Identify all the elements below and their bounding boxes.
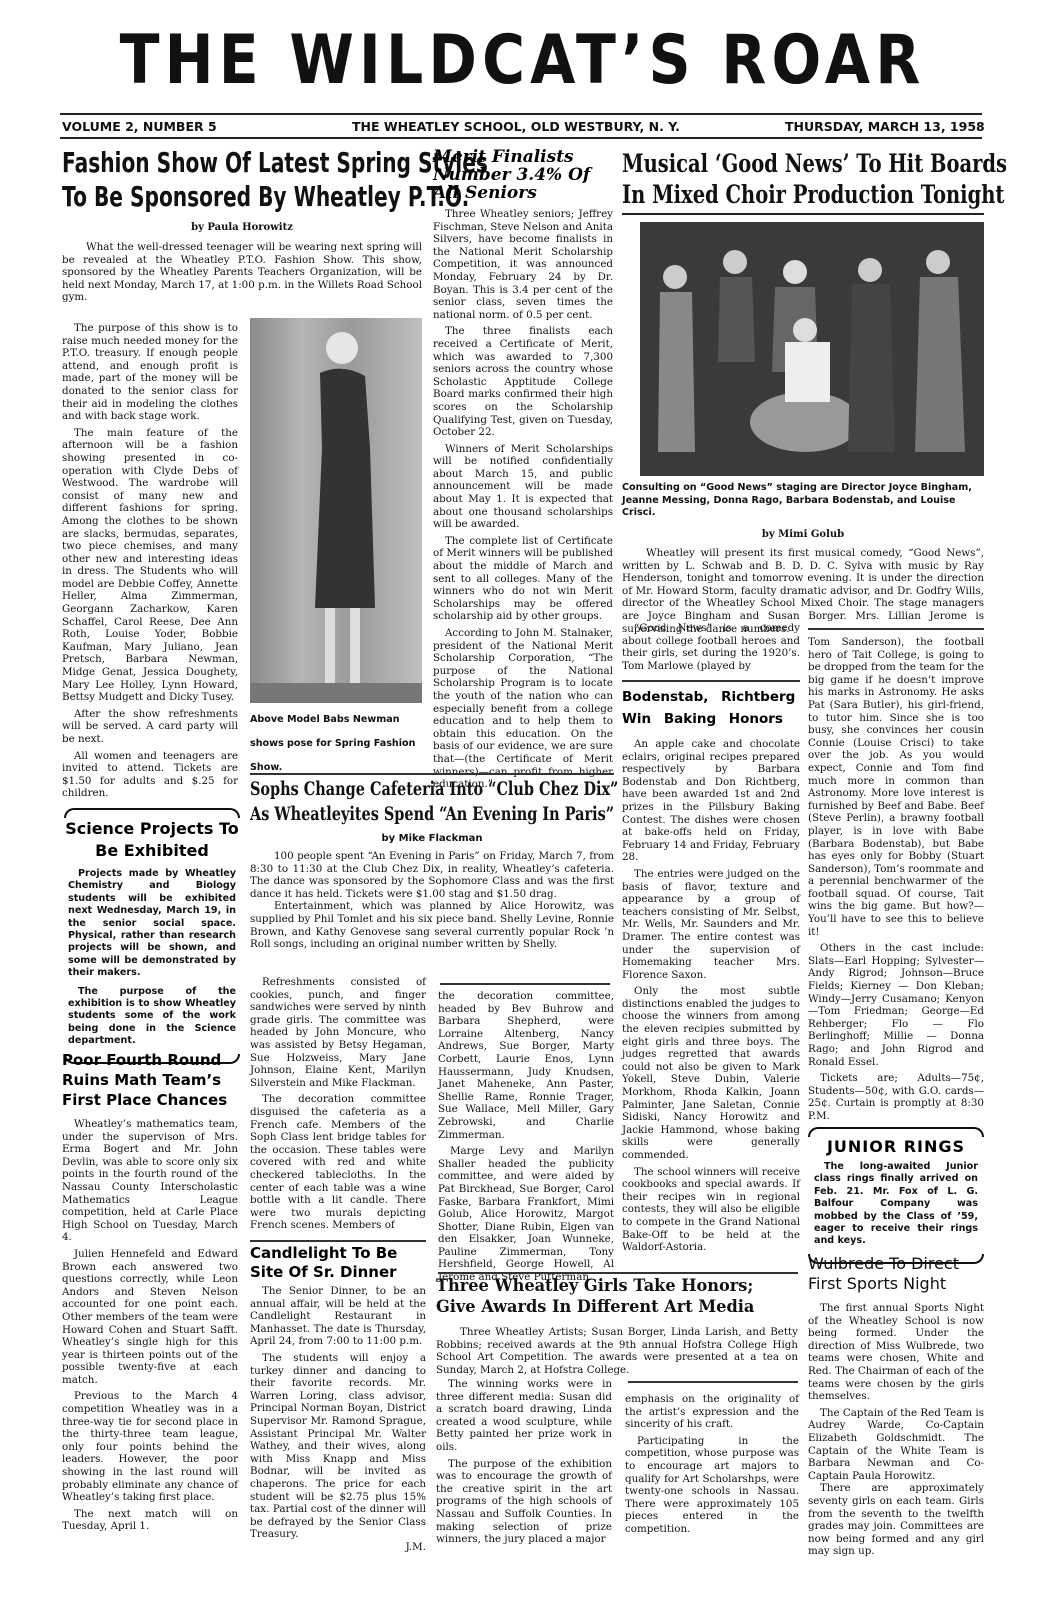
- musical-rule: [622, 213, 984, 215]
- candlelight-rule: [250, 1240, 426, 1242]
- sophs-column-rule: [440, 983, 610, 985]
- newspaper-title: THE WILDCAT’S ROAR: [73, 18, 972, 104]
- baking-paragraph: Only the most subtle distinctions enable…: [622, 985, 800, 1161]
- rings-headline: JUNIOR RINGS: [808, 1137, 984, 1157]
- fashion-lead: What the well-dressed teenager will be w…: [62, 241, 422, 304]
- musical-photo-caption: Consulting on “Good News” staging are Di…: [622, 482, 984, 520]
- science-headline: Science Projects To Be Exhibited: [64, 818, 240, 862]
- merit-paragraph: According to John M. Stalnaker, presiden…: [433, 627, 613, 791]
- art-paragraph: The purpose of the exhibition was to enc…: [436, 1458, 612, 1546]
- rings-box-top-border: [808, 1127, 984, 1137]
- sports-headline: Wulbrede To Direct First Sports Night: [808, 1254, 984, 1294]
- art-rule: [438, 1272, 798, 1274]
- merit-article: Merit Finalists Number 3.4% Of All Senio…: [433, 148, 613, 795]
- art-headline-line1: Three Wheatley Girls Take Honors;: [436, 1276, 780, 1297]
- model-silhouette-icon: [250, 318, 422, 703]
- sophs-rule: [250, 773, 614, 775]
- baking-headline-line1: Bodenstab, Richtberg: [622, 686, 800, 708]
- merit-paragraph: Three Wheatley seniors; Jeffrey Fischman…: [433, 208, 613, 321]
- math-headline: Poor Fourth Round Ruins Math Team’s Firs…: [62, 1050, 238, 1110]
- fashion-paragraph: The main feature of the afternoon will b…: [62, 427, 238, 704]
- art-lead: Three Wheatley Artists; Susan Borger, Li…: [436, 1326, 798, 1376]
- merit-paragraph: Winners of Merit Scholarships will be no…: [433, 443, 613, 531]
- musical-byline: by Mimi Golub: [622, 529, 984, 540]
- merit-paragraph: The complete list of Certificate of Meri…: [433, 535, 613, 623]
- baking-paragraph: The entries were judged on the basis of …: [622, 868, 800, 981]
- math-paragraph: Previous to the March 4 competition Whea…: [62, 1390, 238, 1503]
- baking-paragraph: The school winners will receive cookbook…: [622, 1166, 800, 1254]
- art-column-rule: [628, 1381, 798, 1383]
- science-paragraph: The purpose of the exhibition is to show…: [68, 986, 236, 1048]
- fashion-byline: by Paula Horowitz: [62, 222, 422, 233]
- math-paragraph: Wheatley’s mathematics team, under the s…: [62, 1118, 238, 1244]
- sophs-paragraph: Refreshments consisted of cookies, punch…: [250, 976, 426, 1089]
- fashion-paragraph: The purpose of this show is to raise muc…: [62, 322, 238, 423]
- candlelight-headline: Candlelight To Be Site Of Sr. Dinner: [250, 1244, 426, 1282]
- fashion-paragraph: All women and teenagers are invited to a…: [62, 750, 238, 800]
- math-paragraph: The next match will on Tuesday, April 1.: [62, 1508, 238, 1533]
- sophs-lead: Entertainment, which was planned by Alic…: [250, 900, 614, 950]
- baking-paragraph: An apple cake and chocolate eclairs, ori…: [622, 738, 800, 864]
- sophs-column-2: the decoration committee, headed by Bev …: [438, 990, 614, 1288]
- fashion-paragraph: After the show refreshments will be serv…: [62, 708, 238, 746]
- sophs-headline-line2: As Wheatleyites Spend “An Evening In Par…: [250, 802, 527, 827]
- musical-continued-rule: [808, 628, 984, 630]
- art-article: Three Wheatley Girls Take Honors; Give A…: [436, 1276, 798, 1380]
- candlelight-signature: J.M.: [250, 1541, 426, 1554]
- musical-headline-line1: Musical ‘Good News’ To Hit Boards: [622, 148, 907, 179]
- art-column-2: emphasis on the originality of the artis…: [625, 1393, 799, 1540]
- musical-paragraph: Others in the cast include: Slats—Earl H…: [808, 942, 984, 1068]
- sports-paragraph: The Captain of the Red Team is Audrey Wa…: [808, 1407, 984, 1483]
- candlelight-paragraph: The Senior Dinner, to be an annual affai…: [250, 1285, 426, 1348]
- musical-headline-line2: In Mixed Choir Production Tonight: [622, 179, 907, 210]
- rings-paragraph: The long-awaited Junior class rings fina…: [814, 1161, 978, 1248]
- candlelight-paragraph: The students will enjoy a turkey dinner …: [250, 1352, 426, 1541]
- baking-rule: [622, 680, 800, 682]
- science-box: Science Projects To Be Exhibited Project…: [64, 808, 240, 1064]
- sophs-paragraph: the decoration committee, headed by Bev …: [438, 990, 614, 1141]
- math-article: Poor Fourth Round Ruins Math Team’s Firs…: [62, 1050, 238, 1537]
- art-headline-line2: Give Awards In Different Art Media: [436, 1297, 780, 1318]
- science-paragraph: Projects made by Wheatley Chemistry and …: [68, 868, 236, 980]
- musical-paragraph: Tickets are; Adults—75¢, Students—50¢, w…: [808, 1072, 984, 1122]
- musical-article: Musical ‘Good News’ To Hit Boards In Mix…: [622, 148, 987, 210]
- science-box-top-border: [64, 808, 240, 818]
- sophs-lead: 100 people spent “An Evening in Paris” o…: [250, 850, 614, 900]
- art-paragraph: The winning works were in three differen…: [436, 1378, 612, 1454]
- sophs-article: Sophs Change Cafeteria Into “Club Chez D…: [250, 777, 614, 955]
- math-paragraph: Julien Hennefeld and Edward Brown each a…: [62, 1248, 238, 1387]
- sophs-paragraph: Marge Levy and Marilyn Shaller headed th…: [438, 1145, 614, 1284]
- fashion-model-photo: [250, 318, 422, 703]
- sophs-headline-line1: Sophs Change Cafeteria Into “Club Chez D…: [250, 777, 527, 802]
- sports-night-article: Wulbrede To Direct First Sports Night Th…: [808, 1254, 984, 1562]
- musical-paragraph: “Good News” is a comedy about college fo…: [622, 622, 800, 672]
- art-paragraph: Participating in the competition, whose …: [625, 1435, 799, 1536]
- musical-paragraph: Tom Sanderson), the football hero of Tai…: [808, 636, 984, 938]
- fashion-article: Fashion Show Of Latest Spring Styles To …: [62, 146, 422, 308]
- art-paragraph: emphasis on the originality of the artis…: [625, 1393, 799, 1431]
- sports-paragraph: There are approximately seventy girls on…: [808, 1482, 984, 1558]
- sophs-paragraph: The decoration committee disguised the c…: [250, 1093, 426, 1232]
- school-location: THE WHEATLEY SCHOOL, OLD WESTBURY, N. Y.: [352, 120, 680, 134]
- masthead-rule-bottom: [60, 137, 982, 139]
- musical-column-continued: Tom Sanderson), the football hero of Tai…: [808, 636, 984, 1127]
- fashion-headline-line1: Fashion Show Of Latest Spring Styles: [62, 146, 321, 180]
- masthead-rule-top: [60, 113, 982, 115]
- sophs-byline: by Mike Flackman: [250, 833, 614, 844]
- merit-paragraph: The three finalists each received a Cert…: [433, 325, 613, 438]
- fashion-column: The purpose of this show is to raise muc…: [62, 322, 238, 804]
- fashion-headline-line2: To Be Sponsored By Wheatley P.T.O.: [62, 180, 321, 214]
- art-column-1: The winning works were in three differen…: [436, 1378, 612, 1550]
- fashion-photo-caption: Above Model Babs Newman shows pose for S…: [250, 708, 422, 780]
- baking-headline-line2: Win Baking Honors: [622, 708, 800, 730]
- candlelight-article: Candlelight To Be Site Of Sr. Dinner The…: [250, 1244, 426, 1553]
- merit-headline: Merit Finalists Number 3.4% Of All Senio…: [433, 148, 613, 202]
- good-news-cast-photo: [640, 222, 984, 476]
- baking-article: Bodenstab, Richtberg Win Baking Honors A…: [622, 686, 800, 1258]
- junior-rings-box: JUNIOR RINGS The long-awaited Junior cla…: [808, 1127, 984, 1264]
- cast-group-icon: [640, 222, 984, 476]
- issue-date: THURSDAY, MARCH 13, 1958: [785, 120, 985, 134]
- sophs-column-1: Refreshments consisted of cookies, punch…: [250, 976, 426, 1236]
- volume-number: VOLUME 2, NUMBER 5: [62, 120, 217, 134]
- sports-paragraph: The first annual Sports Night of the Whe…: [808, 1302, 984, 1403]
